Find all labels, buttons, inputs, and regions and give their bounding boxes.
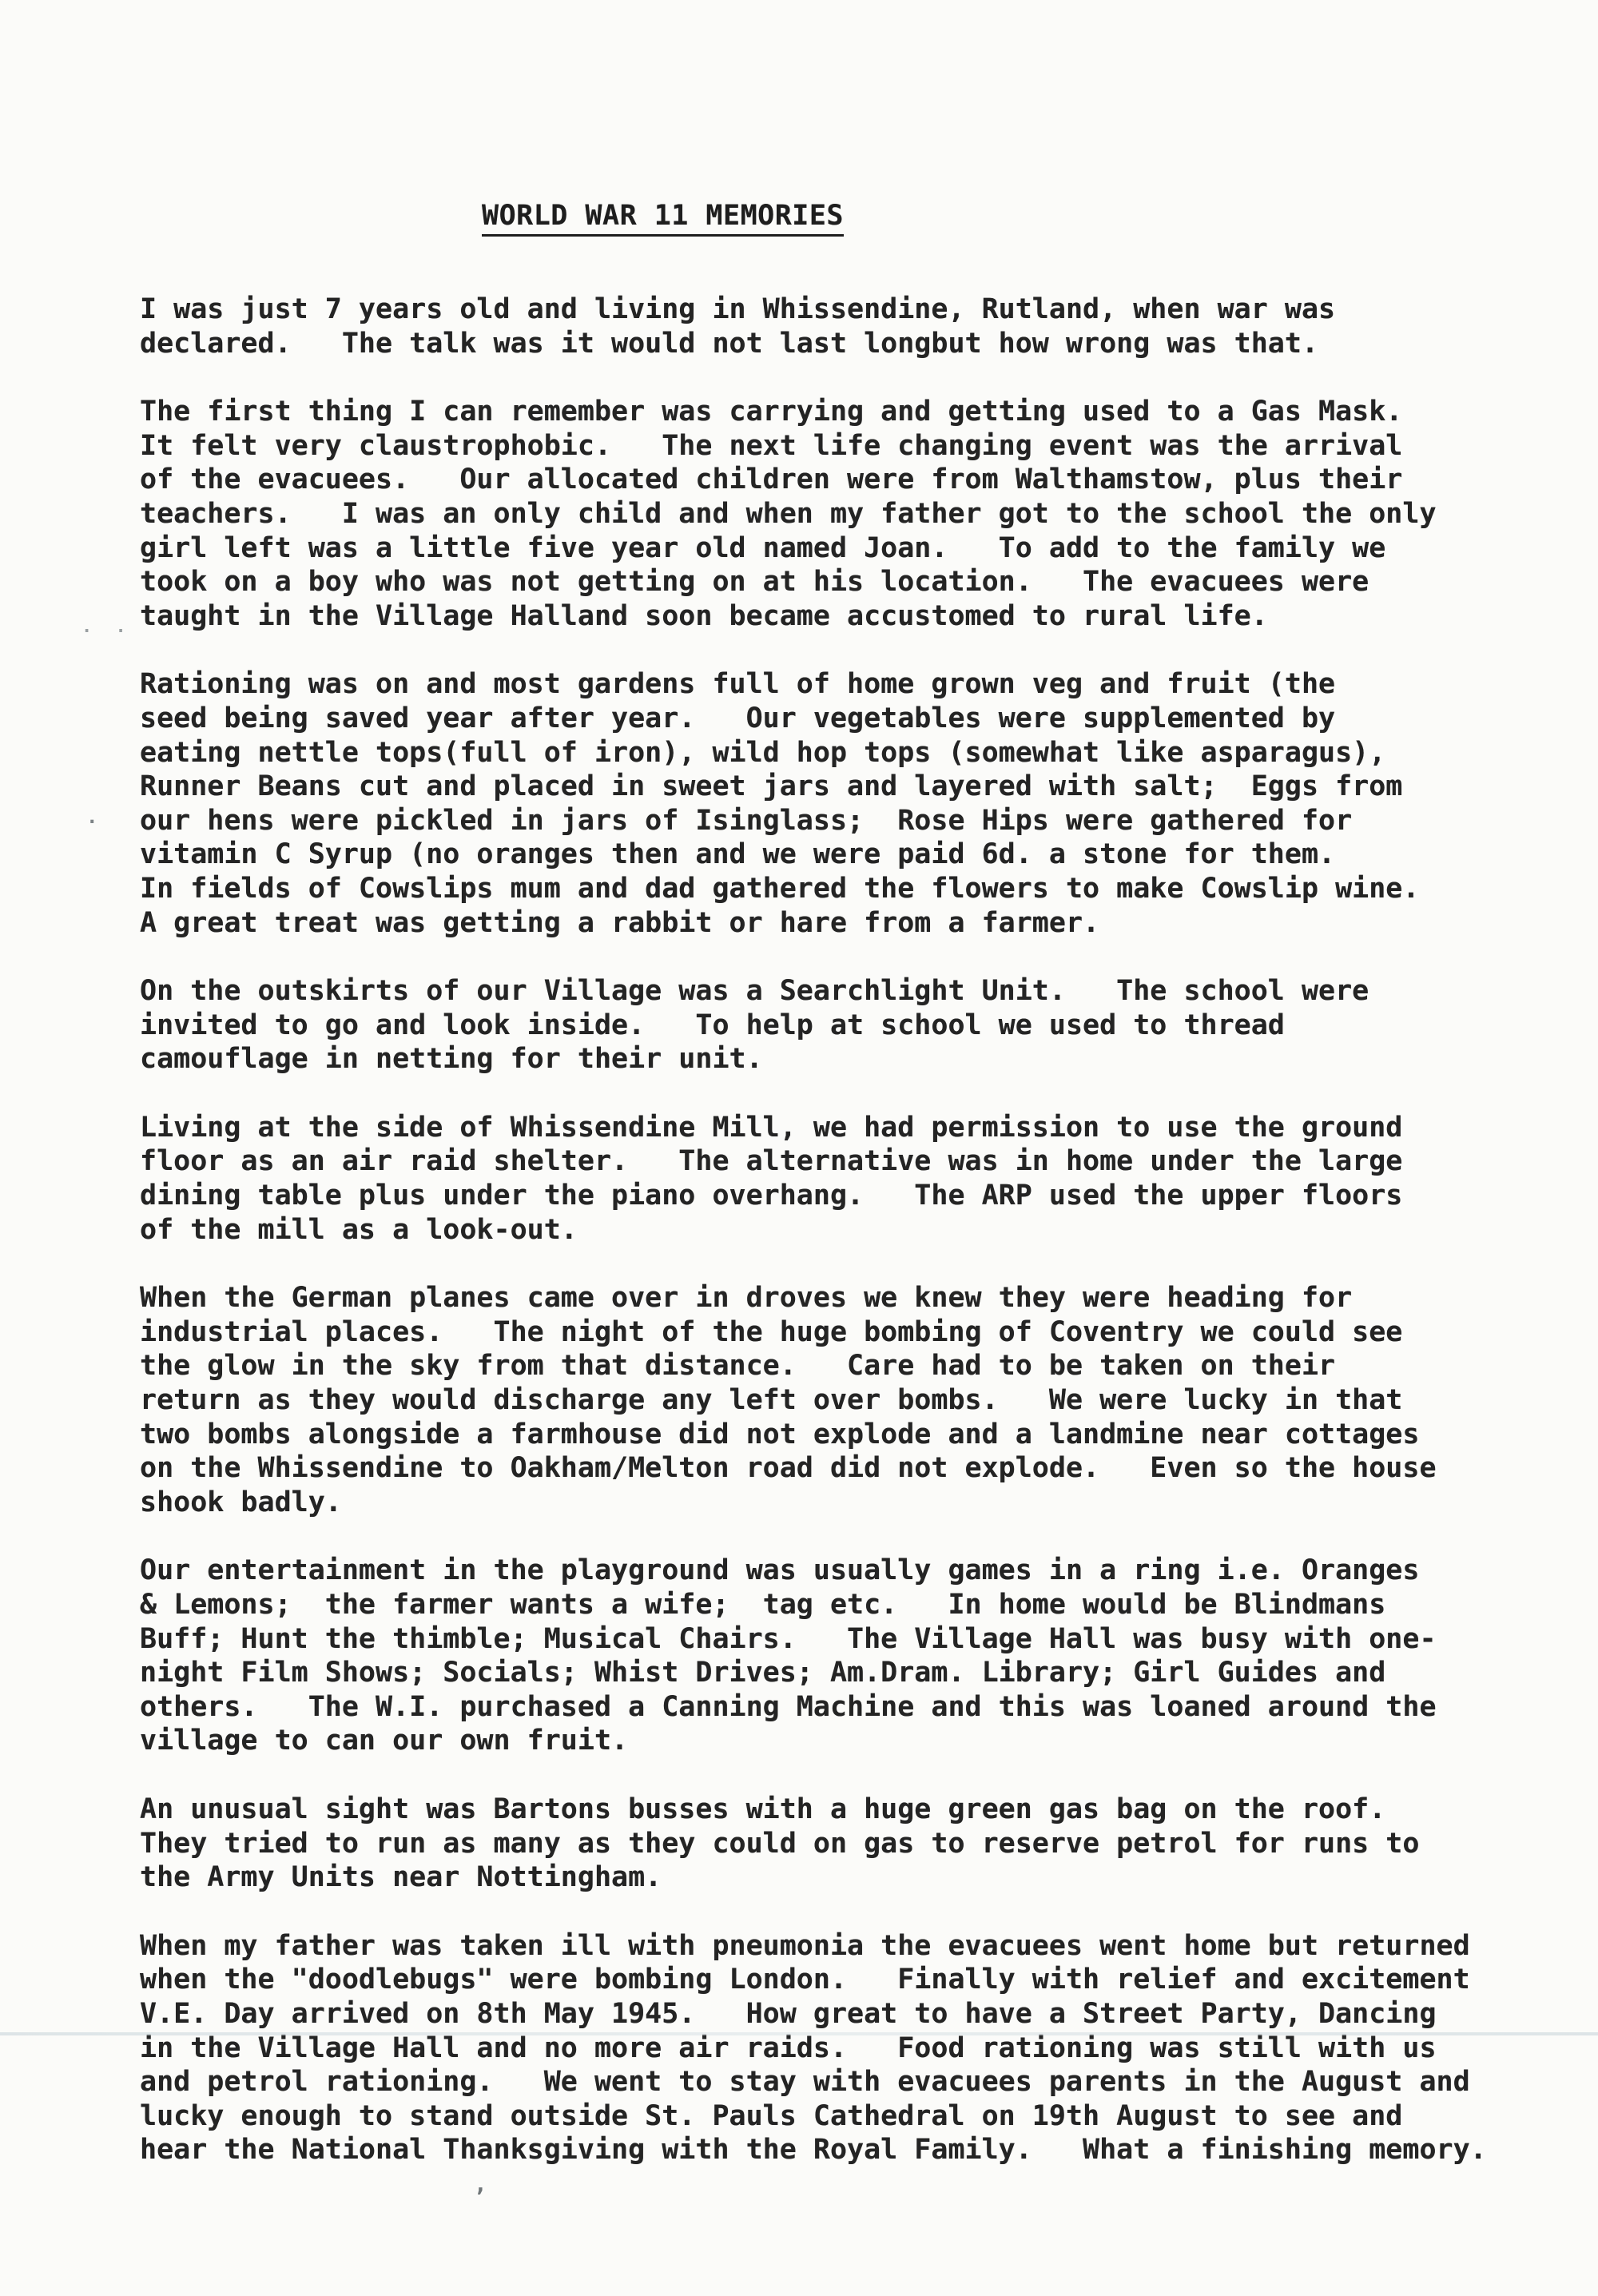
paragraph-searchlight-unit: On the outskirts of our Village was a Se…: [140, 974, 1530, 1076]
paragraph-ve-day: When my father was taken ill with pneumo…: [140, 1929, 1530, 2167]
paragraph-bartons-busses: An unusual sight was Bartons busses with…: [140, 1793, 1530, 1895]
paragraph-gas-mask-evacuees: The first thing I can remember was carry…: [140, 395, 1530, 633]
paragraph-rationing: Rationing was on and most gardens full o…: [140, 667, 1530, 940]
paragraph-german-planes: When the German planes came over in drov…: [140, 1281, 1530, 1519]
paragraph-entertainment: Our entertainment in the playground was …: [140, 1554, 1530, 1758]
ink-dot-mark: ·: [86, 810, 97, 833]
document-title: WORLD WAR 11 MEMORIES: [482, 200, 844, 237]
ink-smudge-mark: . .: [81, 617, 133, 637]
document-body: I was just 7 years old and living in Whi…: [140, 292, 1530, 2202]
scanned-document-page: WORLD WAR 11 MEMORIES I was just 7 years…: [0, 0, 1598, 2296]
paragraph-intro: I was just 7 years old and living in Whi…: [140, 292, 1530, 360]
paragraph-mill-shelter: Living at the side of Whissendine Mill, …: [140, 1111, 1530, 1247]
